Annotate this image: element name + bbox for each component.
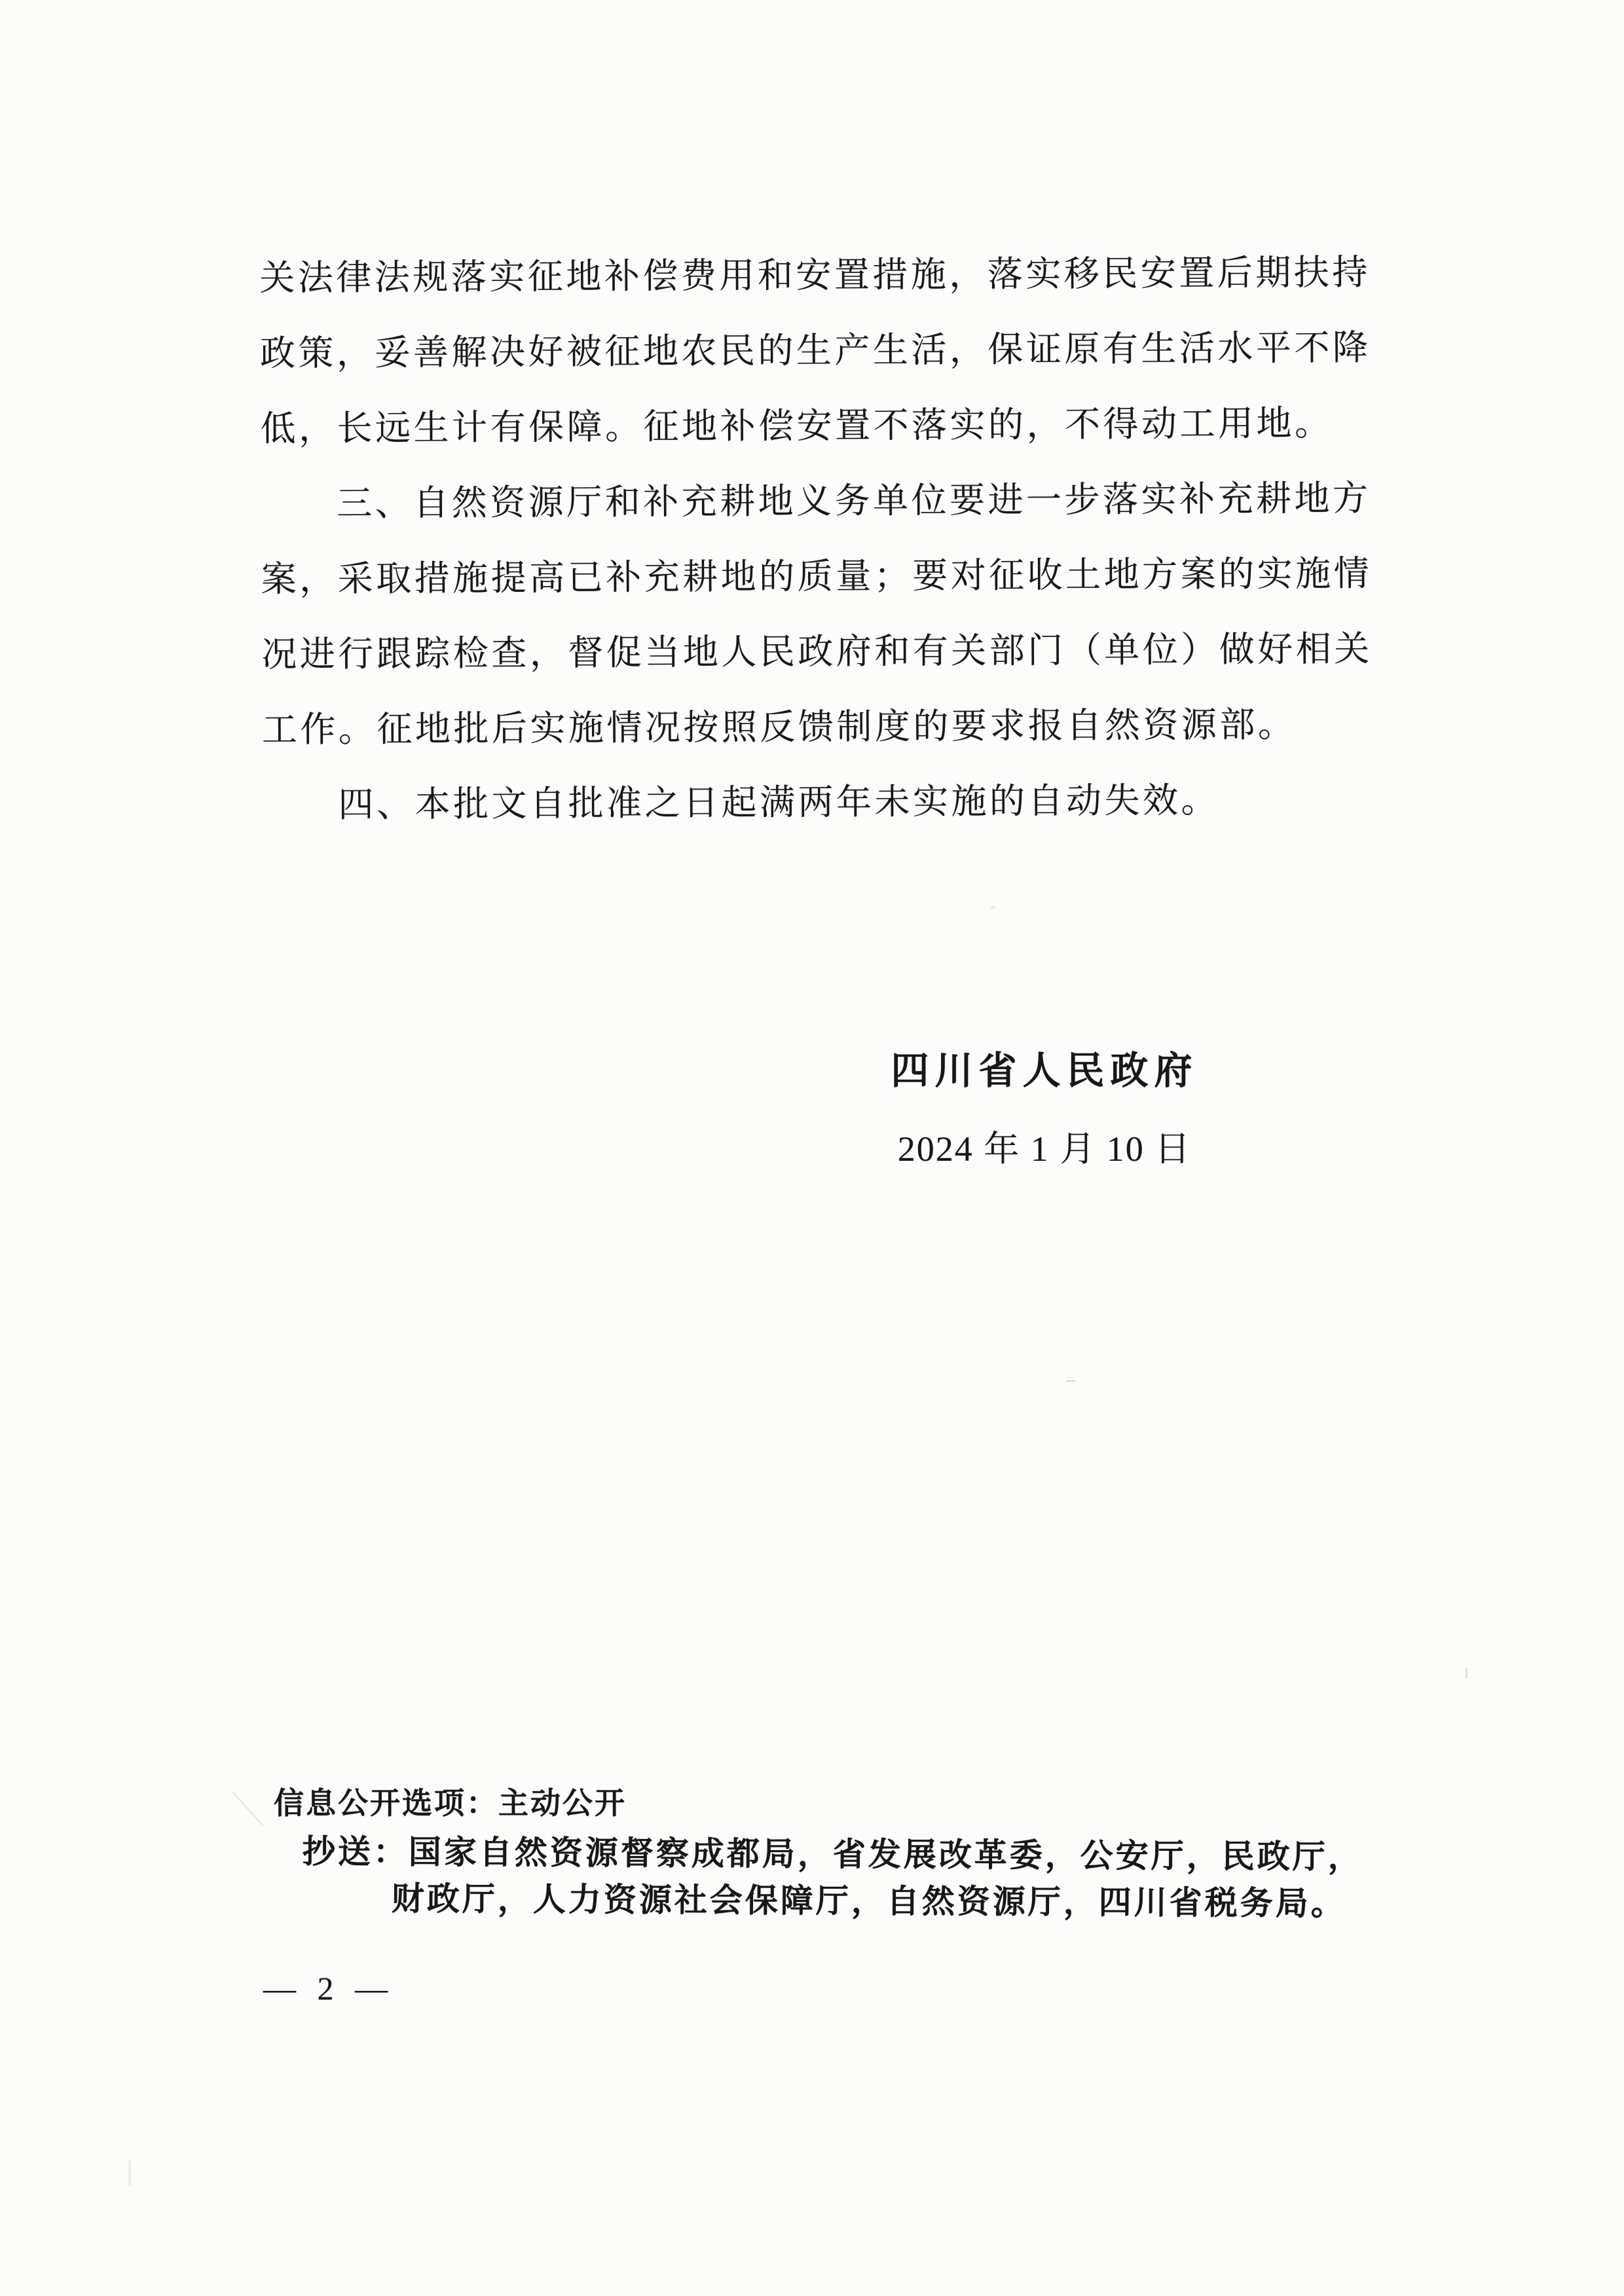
scan-artifact — [990, 906, 995, 909]
scan-artifact — [128, 2160, 131, 2187]
scanned-document-page: 关法律法规落实征地补偿费用和安置措施，落实移民安置后期扶持 政策，妥善解决好被征… — [0, 0, 1624, 2296]
body-line-8-item-four: 四、本批文自批准之日起满两年未实施的自动失效。 — [262, 762, 1376, 843]
cc-recipients-1: 国家自然资源督察成都局，省发展改革委，公安厅，民政厅， — [409, 1834, 1363, 1876]
cc-line-1: 抄送：国家自然资源督察成都局，省发展改革委，公安厅，民政厅， — [303, 1825, 1363, 1878]
body-line-3: 低，长远生计有保障。征地补偿安置不落实的，不得动工用地。 — [260, 386, 1374, 467]
body-line-1: 关法律法规落实征地补偿费用和安置措施，落实移民安置后期扶持 — [259, 235, 1373, 316]
issue-date: 2024 年 1 月 10 日 — [750, 1121, 1339, 1171]
body-line-5: 案，采取措施提高已补充耕地的质量；要对征收土地方案的实施情 — [261, 536, 1375, 617]
body-line-4-item-three: 三、自然资源厅和补充耕地义务单位要进一步落实补充耕地方 — [261, 461, 1375, 542]
body-line-7: 工作。征地批后实施情况按照反馈制度的要求报自然资源部。 — [262, 687, 1376, 768]
body-text-block: 关法律法规落实征地补偿费用和安置措施，落实移民安置后期扶持 政策，妥善解决好被征… — [259, 235, 1376, 843]
scan-artifact — [232, 1791, 264, 1827]
page-number: — 2 — — [263, 1969, 394, 2007]
issuing-authority: 四川省人民政府 — [750, 1040, 1339, 1095]
cc-label: 抄送： — [303, 1833, 409, 1870]
scan-artifact — [1466, 1668, 1467, 1679]
body-line-6: 况进行跟踪检查，督促当地人民政府和有关部门（单位）做好相关 — [261, 611, 1375, 693]
cc-line-2: 财政厅，人力资源社会保障厅，自然资源厅，四川省税务局。 — [392, 1872, 1346, 1925]
scan-artifact — [1066, 1380, 1075, 1382]
info-disclosure-line: 信息公开选项：主动公开 — [274, 1779, 627, 1823]
body-line-2: 政策，妥善解决好被征地农民的生产生活，保证原有生活水平不降 — [260, 310, 1374, 392]
